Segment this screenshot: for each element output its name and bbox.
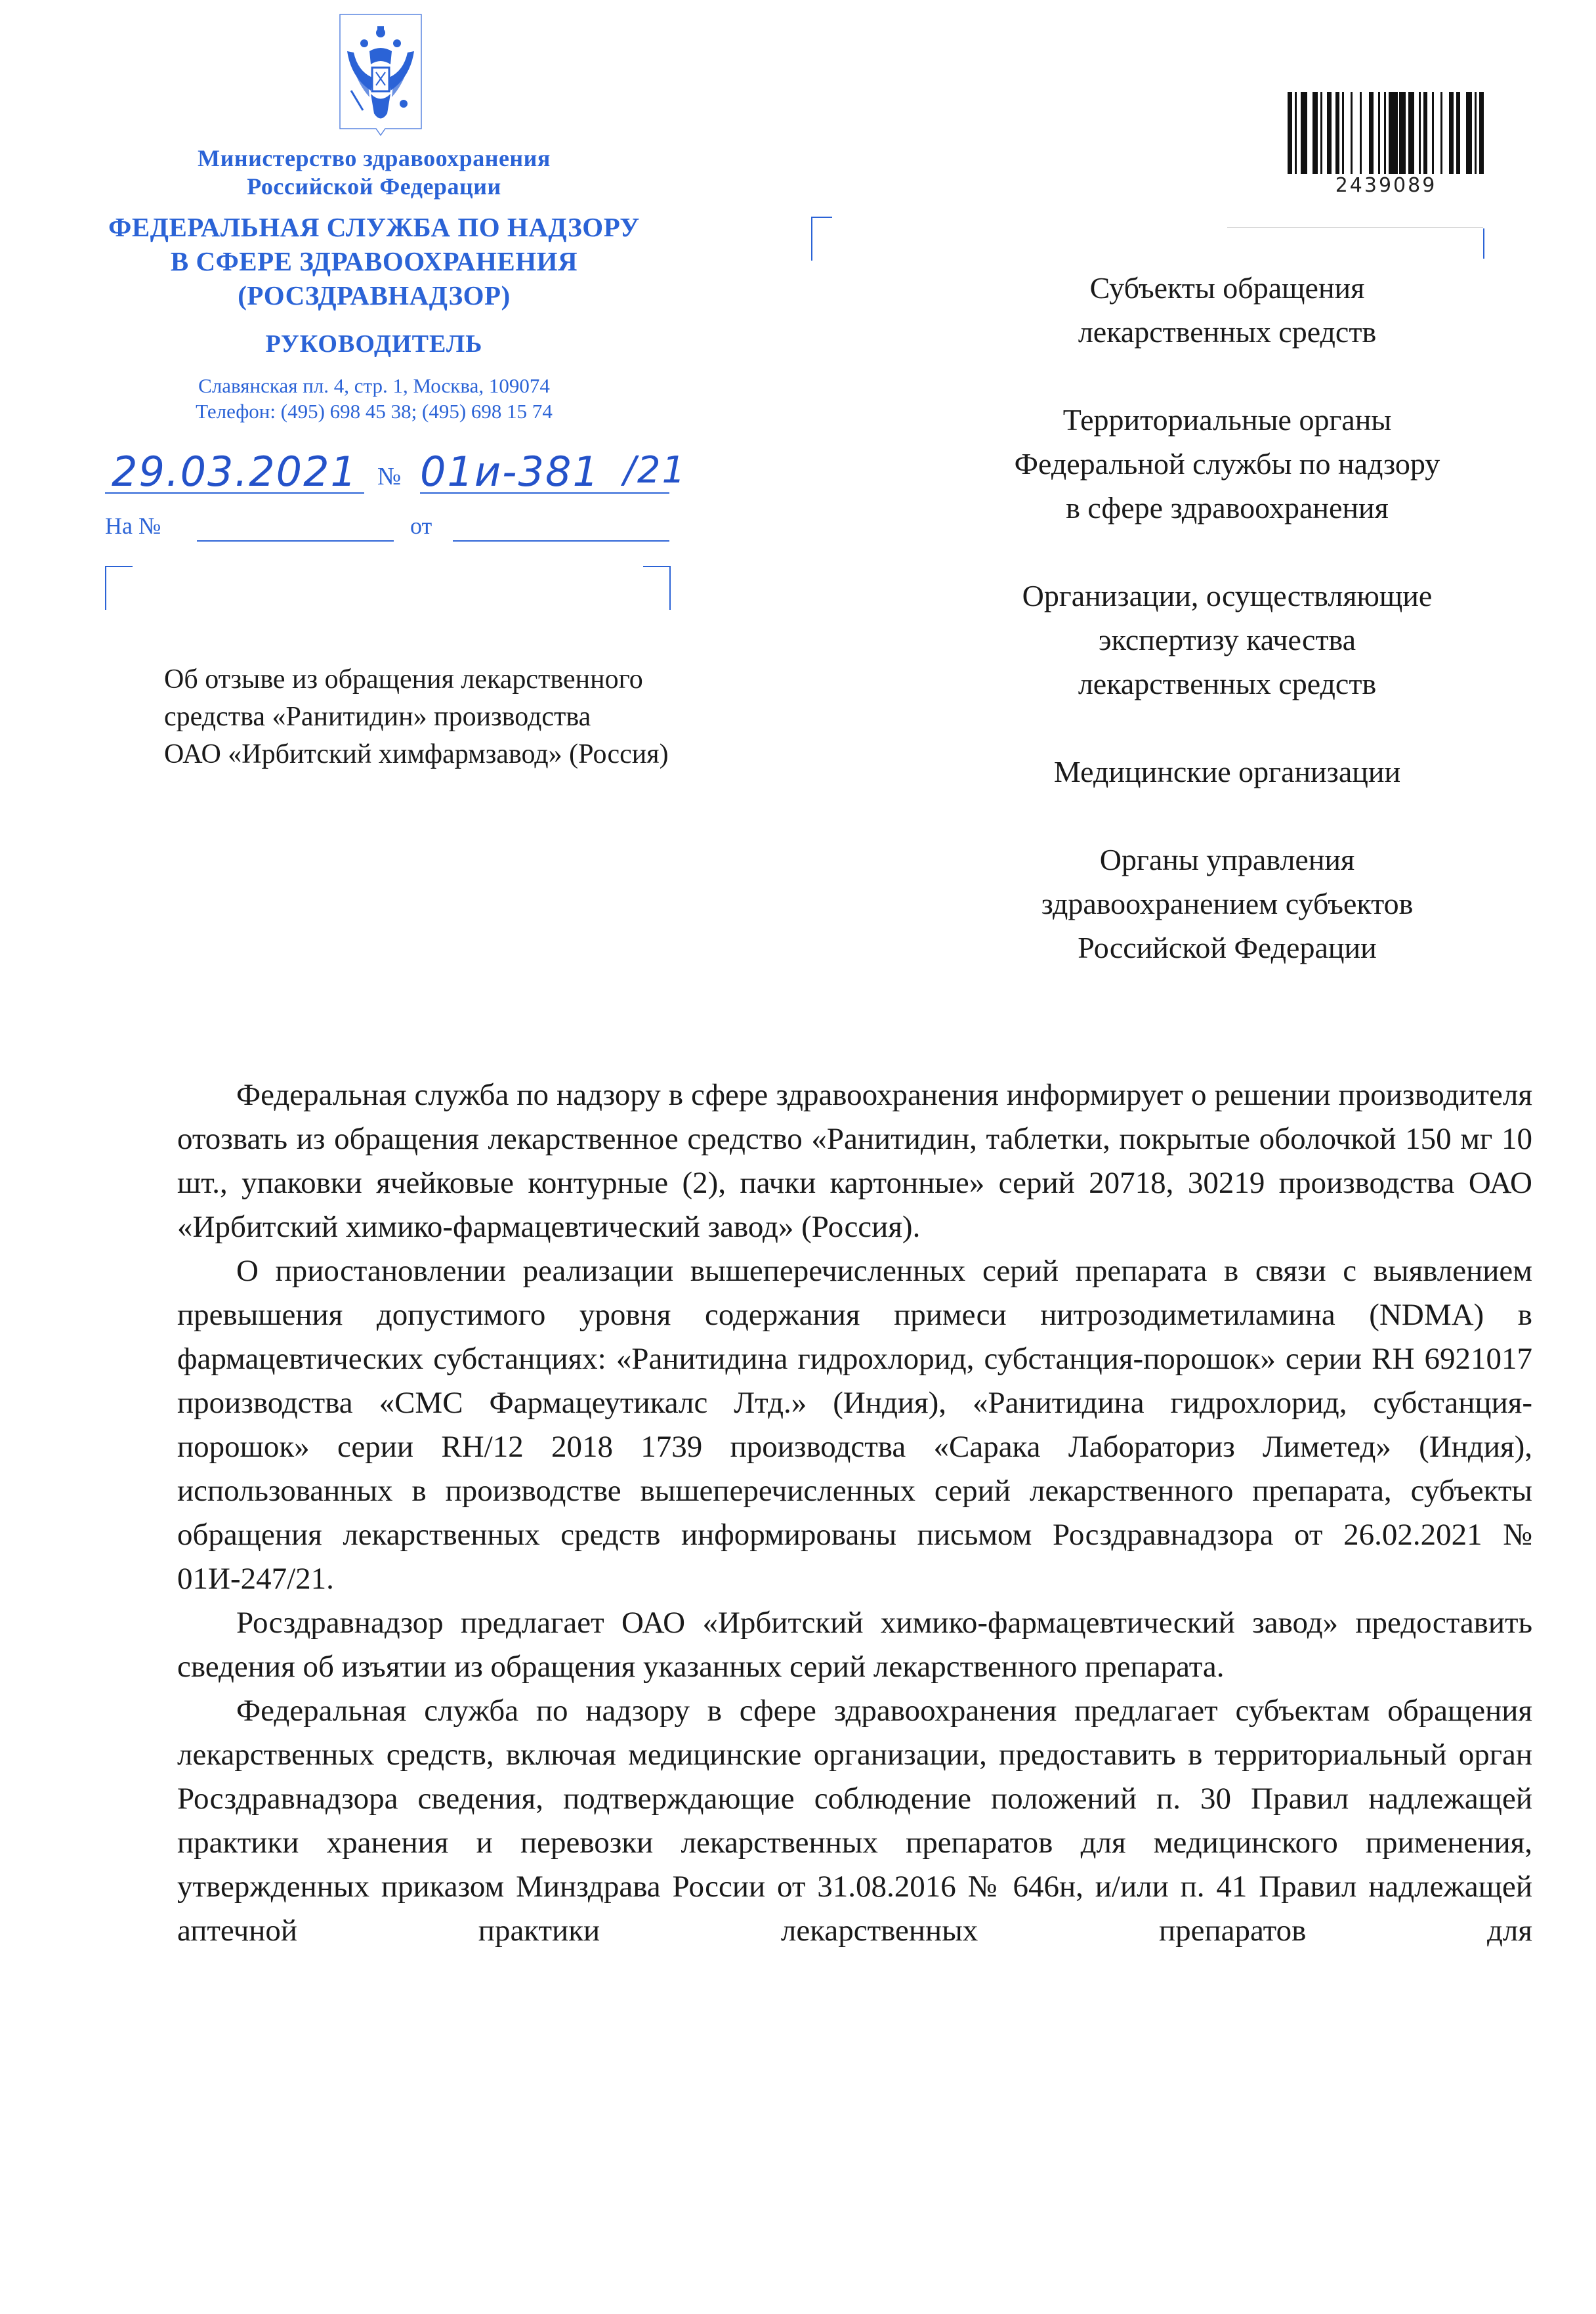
registration-line: 29.03.2021 № 01и-381 /21 bbox=[105, 453, 669, 499]
recipient-group: Субъекты обращения лекарственных средств bbox=[919, 266, 1536, 354]
recipient-group: Органы управления здравоохранением субъе… bbox=[919, 838, 1536, 970]
recipient-line: Российской Федерации bbox=[919, 926, 1536, 970]
registration-number: 01и-381 bbox=[420, 448, 600, 496]
recipient-line: Федеральной службы по надзору bbox=[919, 442, 1536, 486]
recipient-group: Организации, осуществляющие экспертизу к… bbox=[919, 574, 1536, 706]
recipient-line: лекарственных средств bbox=[919, 310, 1536, 354]
recipient-line: лекарственных средств bbox=[919, 662, 1536, 706]
number-label: № bbox=[377, 462, 401, 491]
subject-line: средства «Ранитидин» производства bbox=[164, 698, 820, 736]
signatory-role: РУКОВОДИТЕЛЬ bbox=[79, 330, 669, 358]
phone: Телефон: (495) 698 45 38; (495) 698 15 7… bbox=[79, 398, 669, 424]
ref-number-label: На № bbox=[105, 512, 161, 540]
service-name-line3: (РОСЗДРАВНАДЗОР) bbox=[79, 278, 669, 312]
recipient-group: Территориальные органы Федеральной служб… bbox=[919, 398, 1536, 530]
subject-corner-right bbox=[643, 566, 671, 610]
recipient-corner-left bbox=[811, 217, 832, 261]
ministry-name-line1: Министерство здравоохранения bbox=[79, 144, 669, 173]
registration-date: 29.03.2021 bbox=[112, 448, 358, 496]
ministry-name-line2: Российской Федерации bbox=[79, 173, 669, 201]
service-name-line1: ФЕДЕРАЛЬНАЯ СЛУЖБА ПО НАДЗОРУ bbox=[79, 210, 669, 244]
reference-line: На № от bbox=[105, 509, 669, 548]
service-name-line2: В СФЕРЕ ЗДРАВООХРАНЕНИЯ bbox=[79, 244, 669, 278]
recipient-line: Организации, осуществляющие bbox=[919, 574, 1536, 618]
divider bbox=[1227, 227, 1483, 228]
barcode bbox=[1288, 92, 1484, 174]
body-paragraph: Росздравнадзор предлагает ОАО «Ирбитский… bbox=[177, 1601, 1532, 1689]
recipient-line: Медицинские организации bbox=[919, 750, 1536, 794]
recipient-line: экспертизу качества bbox=[919, 618, 1536, 662]
subject-line: Об отзыве из обращения лекарственного bbox=[164, 661, 820, 698]
body-paragraph: Федеральная служба по надзору в сфере зд… bbox=[177, 1073, 1532, 1249]
recipients-block: Субъекты обращения лекарственных средств… bbox=[919, 266, 1536, 1014]
registration-number-suffix: /21 bbox=[623, 449, 686, 492]
subject-line: ОАО «Ирбитский химфармзавод» (Россия) bbox=[164, 736, 820, 773]
recipient-corner-right bbox=[1483, 228, 1484, 259]
recipient-line: в сфере здравоохранения bbox=[919, 486, 1536, 530]
letter-body: Федеральная служба по надзору в сфере зд… bbox=[177, 1073, 1532, 1953]
letterhead: Министерство здравоохранения Российской … bbox=[79, 144, 669, 424]
recipient-line: здравоохранением субъектов bbox=[919, 882, 1536, 926]
russian-coat-of-arms-icon bbox=[338, 12, 423, 146]
recipient-line: Субъекты обращения bbox=[919, 266, 1536, 310]
recipient-line: Органы управления bbox=[919, 838, 1536, 882]
address: Славянская пл. 4, стр. 1, Москва, 109074 bbox=[79, 373, 669, 398]
barcode-number: 2439089 bbox=[1288, 174, 1484, 197]
recipient-group: Медицинские организации bbox=[919, 750, 1536, 794]
body-paragraph: Федеральная служба по надзору в сфере зд… bbox=[177, 1689, 1532, 1953]
body-paragraph: О приостановлении реализации вышеперечис… bbox=[177, 1249, 1532, 1601]
subject-corner-left bbox=[105, 566, 133, 610]
ref-from-label: от bbox=[410, 512, 432, 540]
letter-subject: Об отзыве из обращения лекарственного ср… bbox=[164, 661, 820, 773]
recipient-line: Территориальные органы bbox=[919, 398, 1536, 442]
